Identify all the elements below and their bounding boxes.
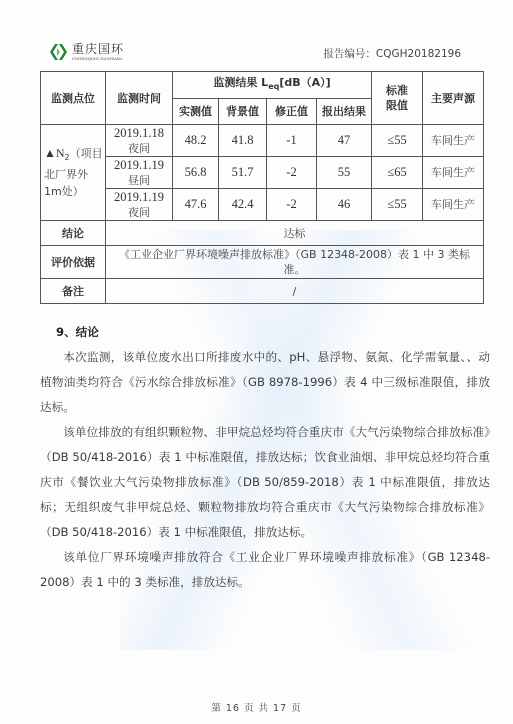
measured-cell: 56.8 — [173, 157, 219, 189]
correction-cell: -1 — [267, 125, 317, 157]
basis-row: 评价依据 《工业企业厂界环境噪声排放标准》（GB 12348-2008）表 1 … — [41, 246, 484, 279]
limit-cell: ≤55 — [372, 125, 423, 157]
report-number: 报告编号：CQGH20182196 — [323, 46, 461, 61]
conclusion-section: 9、结论 本次监测，该单位废水出口所排废水中的、pH、悬浮物、氨氮、化学需氧量、… — [40, 320, 490, 595]
header-measured: 实测值 — [173, 99, 219, 125]
source-cell: 车间生产 — [423, 189, 484, 221]
background-cell: 42.4 — [219, 189, 267, 221]
table-header-row: 监测点位 监测时间 监测结果 Leq[dB（A）] 标准限值 主要声源 — [41, 72, 484, 99]
time-cell: 2019.1.19夜间 — [106, 189, 173, 221]
header-background: 背景值 — [219, 99, 267, 125]
table-row: ▲N2（项目北厂界外1m处） 2019.1.18夜间 48.2 41.8 -1 … — [41, 125, 484, 157]
remark-value: / — [106, 279, 484, 304]
time-cell: 2019.1.19昼间 — [106, 157, 173, 189]
background-cell: 51.7 — [219, 157, 267, 189]
reported-cell: 55 — [317, 157, 372, 189]
limit-cell: ≤55 — [372, 189, 423, 221]
logo-icon — [48, 43, 68, 61]
monitoring-point-cell: ▲N2（项目北厂界外1m处） — [41, 125, 106, 221]
conclusion-label: 结论 — [41, 221, 106, 246]
date: 2019.1.19 — [106, 158, 172, 173]
table-row: 2019.1.19夜间 47.6 42.4 -2 46 ≤55 车间生产 — [41, 189, 484, 221]
paragraph-wastewater: 本次监测，该单位废水出口所排废水中的、pH、悬浮物、氨氮、化学需氧量、、动植物油… — [40, 345, 490, 420]
conclusion-value: 达标 — [106, 221, 484, 246]
header-limit-line1: 标准 — [372, 83, 422, 98]
background-cell: 41.8 — [219, 125, 267, 157]
measured-cell: 48.2 — [173, 125, 219, 157]
logo-chinese-name: 重庆国环 — [72, 43, 124, 55]
period: 夜间 — [106, 141, 172, 156]
period: 昼间 — [106, 173, 172, 188]
basis-value: 《工业企业厂界环境噪声排放标准》（GB 12348-2008）表 1 中 3 类… — [106, 246, 484, 279]
noise-monitoring-table: 监测点位 监测时间 监测结果 Leq[dB（A）] 标准限值 主要声源 实测值 … — [40, 71, 484, 304]
page-header: 重庆国环 CHONGQING GUOHUAN 报告编号：CQGH20182196 — [40, 40, 483, 64]
header-result-suffix: [dB（A）] — [279, 76, 330, 89]
header-point: 监测点位 — [41, 72, 106, 125]
point-marker: ▲N — [44, 146, 65, 160]
correction-cell: -2 — [267, 189, 317, 221]
header-limit-line2: 限值 — [372, 98, 422, 113]
reported-cell: 47 — [317, 125, 372, 157]
report-number-label: 报告编号： — [323, 48, 376, 60]
basis-label: 评价依据 — [41, 246, 106, 279]
header-source: 主要声源 — [423, 72, 484, 125]
page-number: 第 16 页 共 17 页 — [0, 700, 513, 714]
report-number-value: CQGH20182196 — [376, 48, 461, 60]
correction-cell: -2 — [267, 157, 317, 189]
header-result-sub: eq — [268, 83, 279, 92]
header-limit: 标准限值 — [372, 72, 423, 125]
conclusion-row: 结论 达标 — [41, 221, 484, 246]
source-cell: 车间生产 — [423, 125, 484, 157]
period: 夜间 — [106, 205, 172, 220]
table-row: 2019.1.19昼间 56.8 51.7 -2 55 ≤65 车间生产 — [41, 157, 484, 189]
limit-cell: ≤65 — [372, 157, 423, 189]
header-time: 监测时间 — [106, 72, 173, 125]
source-cell: 车间生产 — [423, 157, 484, 189]
header-correction: 修正值 — [267, 99, 317, 125]
remark-label: 备注 — [41, 279, 106, 304]
date: 2019.1.18 — [106, 126, 172, 141]
time-cell: 2019.1.18夜间 — [106, 125, 173, 157]
logo-english-name: CHONGQING GUOHUAN — [72, 57, 124, 61]
reported-cell: 46 — [317, 189, 372, 221]
remark-row: 备注 / — [41, 279, 484, 304]
header-reported: 报出结果 — [317, 99, 372, 125]
paragraph-air-emissions: 该单位排放的有组织颗粒物、非甲烷总烃均符合重庆市《大气污染物综合排放标准》（DB… — [40, 420, 490, 545]
section-title: 9、结论 — [56, 320, 490, 345]
measured-cell: 47.6 — [173, 189, 219, 221]
header-result-group: 监测结果 Leq[dB（A）] — [173, 72, 372, 99]
header-result-prefix: 监测结果 L — [213, 76, 268, 89]
date: 2019.1.19 — [106, 190, 172, 205]
company-logo: 重庆国环 CHONGQING GUOHUAN — [48, 43, 124, 61]
paragraph-noise: 该单位厂界环境噪声排放符合《工业企业厂界环境噪声排放标准》（GB 12348-2… — [40, 545, 490, 595]
